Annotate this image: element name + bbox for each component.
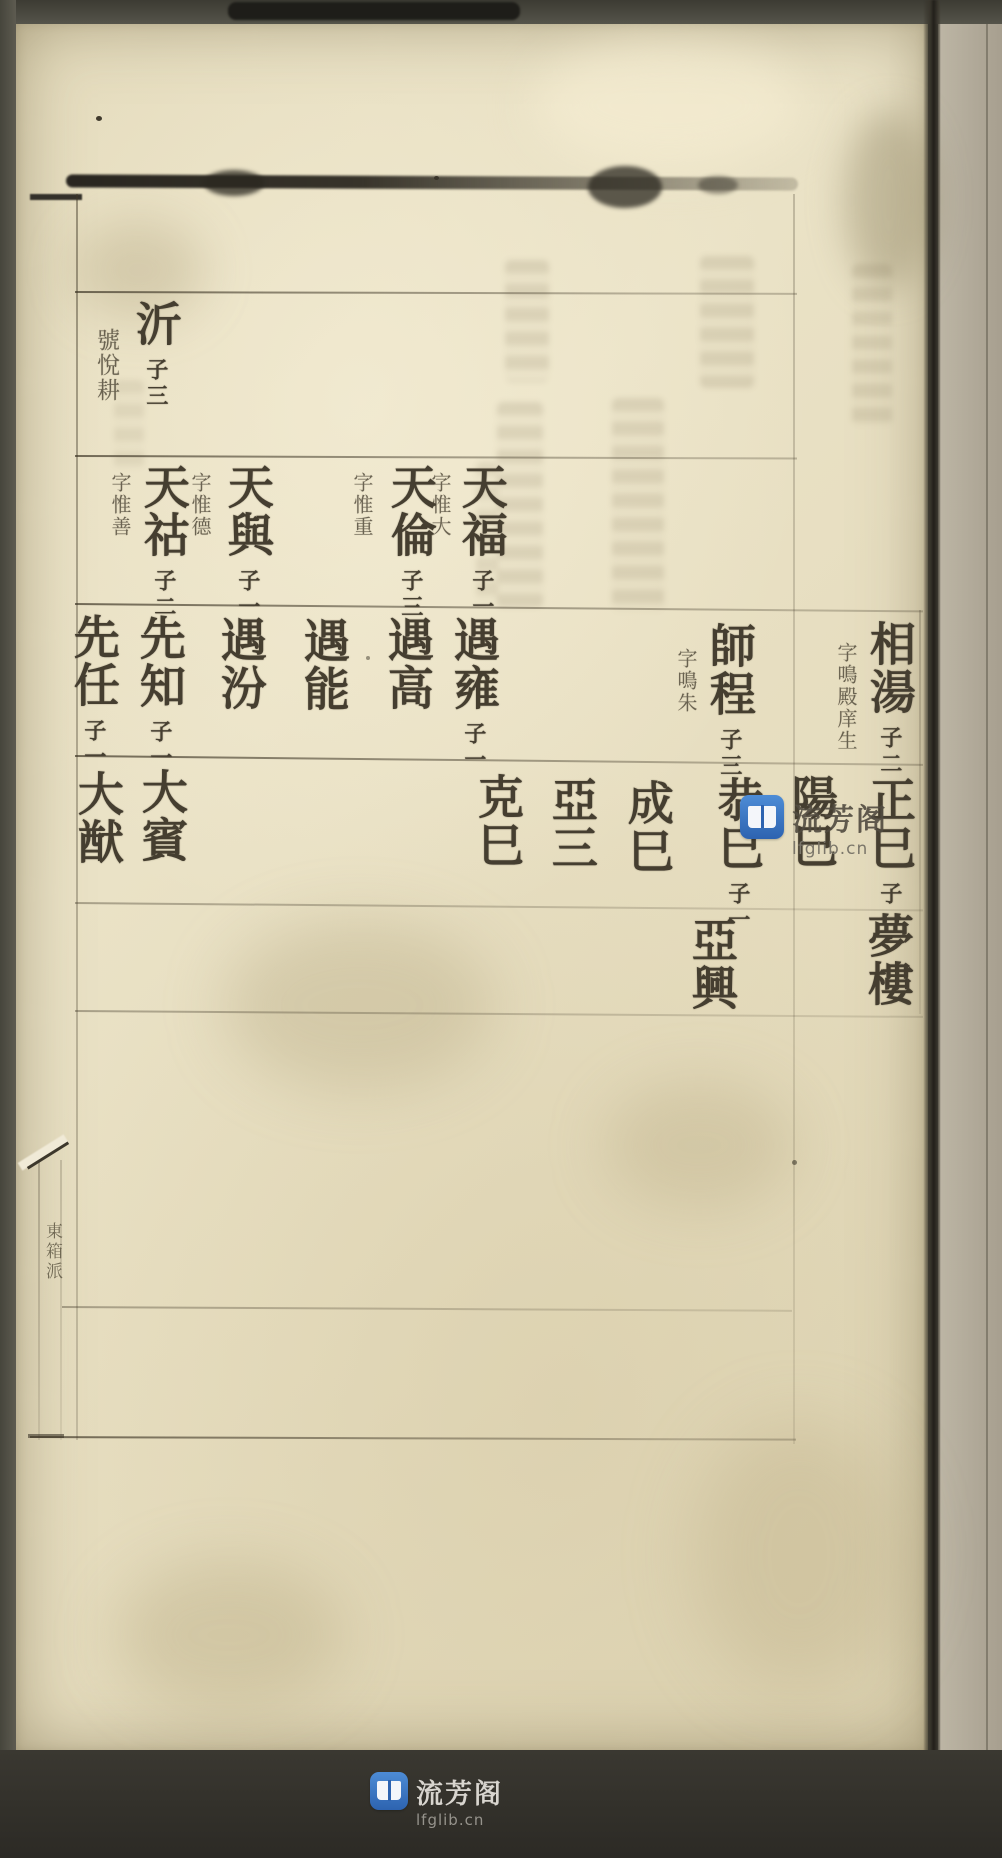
courtesy-name-note: 字惟善: [110, 472, 130, 538]
person-name: 遇汾: [214, 616, 268, 712]
adjacent-page-strip: [938, 0, 1002, 1858]
sons-count-note: 子二: [878, 726, 900, 778]
book-binding-shadow: [924, 0, 940, 1858]
person-name: 克巳: [471, 773, 525, 869]
genealogy-entry-row5-2: 亞興: [688, 916, 735, 1012]
sons-count-note: 子三: [144, 358, 166, 410]
paper-stain: [534, 40, 804, 170]
paper-stain: [694, 1420, 904, 1690]
ink-speck: [96, 116, 102, 121]
branch-margin-label: 東箱派: [40, 1222, 65, 1282]
person-name: 天福: [455, 463, 509, 559]
paper-stain: [224, 920, 494, 1090]
sons-count-note: 子一: [470, 569, 492, 621]
watermark-site-name: 流芳阁: [416, 1772, 503, 1811]
book-spine-glyph: [761, 805, 764, 829]
grid-line-vertical: [38, 1160, 40, 1440]
paper-stain: [604, 1080, 794, 1210]
grid-line-vertical: [60, 1160, 62, 1440]
courtesy-name-note: 字惟重: [352, 472, 372, 538]
courtesy-name-note: 字惟德: [190, 472, 210, 538]
person-name: 遇雍: [447, 616, 501, 712]
courtesy-name-note: 字鳴殿庠生: [836, 642, 856, 752]
courtesy-name-note: 號悅耕: [94, 328, 117, 403]
person-name: 遇能: [297, 617, 351, 713]
sons-count-note: 子三: [399, 569, 421, 621]
ink-bleedthrough: [612, 398, 664, 612]
ink-bleedthrough: [852, 264, 892, 426]
scan-edge-dark-dash: [228, 2, 520, 20]
genealogy-entry-row2-1: 天福子一: [458, 463, 505, 621]
genealogy-entry-row3-3: 遇雍子一: [450, 616, 497, 774]
genealogy-entry-row3-7: 先知子一: [136, 614, 183, 772]
person-name: 大猷: [71, 770, 125, 866]
person-name: 先知: [133, 614, 187, 710]
person-name: 沂: [129, 300, 183, 348]
watermark-site-url: lfglib.cn: [792, 839, 888, 859]
sons-count-note: 子一: [82, 719, 104, 771]
sons-count-note: 子一: [462, 722, 484, 774]
person-name: 天祜: [137, 463, 191, 559]
scanned-page-stage: 東箱派 沂子三號悅耕天福子一字惟大天倫子三字惟重天與子一字惟德天祜子二字惟善相湯…: [0, 0, 1002, 1858]
genealogy-entry-row4-4: 成巳: [624, 779, 671, 875]
genealogy-entry-row1-1: 沂子三: [132, 300, 179, 410]
person-name: 成巳: [621, 779, 675, 875]
paper-stain: [114, 1560, 344, 1710]
genealogy-entry-row3-2: 師程子三: [706, 622, 753, 780]
paper-sheet: [14, 20, 928, 1754]
person-name: 亞興: [685, 916, 739, 1012]
courtesy-name-note: 字鳴朱: [676, 648, 696, 714]
genealogy-entry-row5-1: 夢樓: [864, 912, 911, 1008]
person-name: 師程: [703, 622, 757, 718]
watermark-site-name: 流芳阁: [792, 795, 888, 839]
genealogy-entry-row3-6: 遇汾: [217, 616, 264, 712]
genealogy-entry-row4-5: 亞三: [548, 776, 595, 872]
person-name: 大賓: [135, 768, 189, 864]
genealogy-entry-row3-4: 遇高: [384, 616, 431, 712]
scan-edge-left: [0, 0, 16, 1858]
genealogy-entry-row2-4: 天祜子二: [140, 463, 187, 621]
person-name: 天與: [221, 463, 275, 559]
watermark-site-url: lfglib.cn: [416, 1811, 503, 1829]
person-name: 天倫: [384, 463, 438, 559]
genealogy-entry-row2-3: 天與子一: [224, 463, 271, 621]
grid-line-vertical: [919, 610, 921, 1014]
watermark-bottom: 流芳阁 lfglib.cn: [370, 1772, 503, 1829]
sons-count-note: 子一: [236, 569, 258, 621]
genealogy-entry-row2-2: 天倫子三: [387, 463, 434, 621]
genealogy-entry-row3-8: 先任子一: [70, 613, 117, 771]
person-name: 相湯: [863, 620, 917, 716]
person-name: 遇高: [381, 616, 435, 712]
person-name: 夢樓: [861, 912, 915, 1008]
genealogy-entry-row4-8: 大猷: [74, 770, 121, 866]
ink-bleedthrough: [505, 260, 549, 382]
sons-count-note: 子一: [148, 720, 170, 772]
ink-bleedthrough: [700, 256, 754, 388]
person-name: 先任: [67, 613, 121, 709]
ink-blob: [588, 166, 662, 208]
adjacent-page-edge-line: [986, 0, 988, 1858]
paper-stain: [844, 110, 934, 290]
ink-blob: [698, 176, 738, 194]
ink-blob: [204, 170, 264, 196]
book-icon: [370, 1772, 408, 1810]
border-mark: [30, 194, 82, 200]
genealogy-entry-row3-1: 相湯子二: [866, 620, 913, 778]
watermark-right: 流芳阁 lfglib.cn: [740, 795, 888, 859]
genealogy-entry-row4-7: 大賓: [138, 768, 185, 864]
ink-speck: [366, 656, 370, 660]
person-name: 亞三: [545, 776, 599, 872]
genealogy-entry-row3-5: 遇能: [300, 617, 347, 713]
book-icon: [740, 795, 784, 839]
sons-count-note: 子三: [718, 728, 740, 780]
genealogy-entry-row4-6: 克巳: [474, 773, 521, 869]
book-spine-glyph: [388, 1780, 391, 1801]
